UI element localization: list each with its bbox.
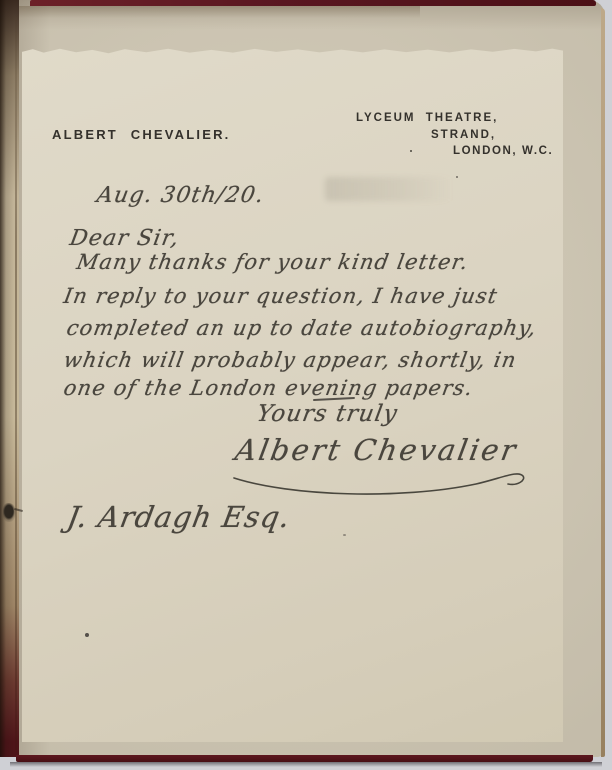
- paper-speck: [343, 534, 346, 536]
- body-line: Many thanks for your kind letter.: [75, 252, 470, 273]
- letterhead-theatre: LYCEUM THEATRE,: [356, 112, 498, 124]
- spine-crease-line: [15, 20, 17, 750]
- closing: Yours truly: [255, 403, 400, 426]
- body-line: completed an up to date autobiography,: [65, 318, 538, 339]
- signature-flourish: [230, 462, 540, 502]
- letter-sheet: ALBERT CHEVALIER. LYCEUM THEATRE, STRAND…: [22, 46, 563, 742]
- book-bottom-shadow: [10, 762, 602, 767]
- body-line: one of the London evening papers.: [62, 378, 475, 399]
- body-line: which will probably appear, shortly, in: [62, 350, 519, 371]
- paper-speck: [456, 176, 458, 178]
- letterhead-dot: [410, 150, 412, 152]
- letterhead-name: ALBERT CHEVALIER.: [52, 127, 231, 142]
- letter-date: Aug. 30th/20.: [95, 185, 266, 207]
- album-page: ALBERT CHEVALIER. LYCEUM THEATRE, STRAND…: [0, 0, 605, 757]
- book-cover-bottom-edge: [16, 755, 593, 762]
- body-line: In reply to your question, I have just: [62, 286, 500, 307]
- paper-speck: [85, 633, 89, 637]
- page-fore-edge: [601, 8, 605, 757]
- show-through-smudge: [325, 177, 453, 201]
- page-top-shadow: [0, 6, 420, 18]
- salutation: Dear Sir,: [68, 228, 181, 250]
- signature: Albert Chevalier: [233, 436, 520, 465]
- book-cover-top-edge: [30, 0, 596, 6]
- letterhead-city: LONDON, W.C.: [453, 145, 553, 157]
- spine-ink-blot: [3, 503, 16, 522]
- letterhead-street: STRAND,: [431, 129, 496, 141]
- photo-backdrop: ALBERT CHEVALIER. LYCEUM THEATRE, STRAND…: [0, 0, 612, 770]
- addressee: J. Ardagh Esq.: [65, 503, 293, 532]
